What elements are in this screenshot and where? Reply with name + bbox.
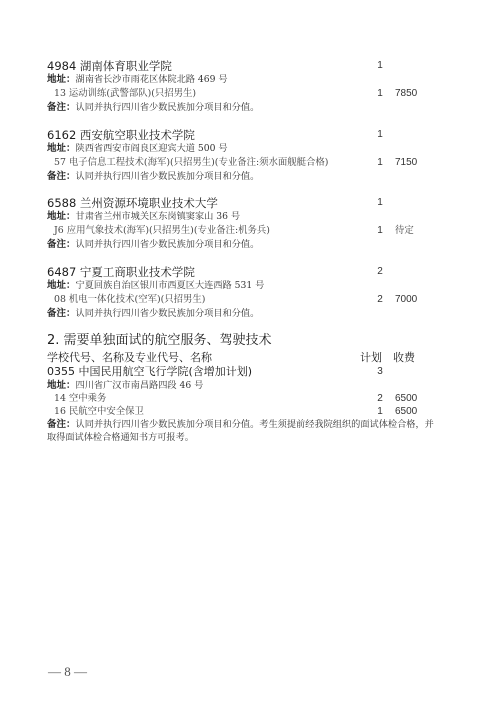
school-plan: 1: [375, 196, 385, 210]
major-name: 14 空中乘务: [54, 392, 106, 406]
school-note: 备注：认同并执行四川省少数民族加分项目和分值。: [47, 170, 259, 184]
major-name: J6 应用气象技术(海军)(只招男生)(专业备注:机务兵): [54, 224, 270, 238]
note-value: 认同并执行四川省少数民族加分项目和分值。: [76, 102, 260, 113]
school-note: 备注：认同并执行四川省少数民族加分项目和分值。: [47, 238, 259, 252]
school-address: 地址：陕西省西安市阎良区迎宾大道 500 号: [47, 142, 228, 156]
address-label: 地址：: [47, 143, 76, 154]
school-address: 地址：四川省广汉市南昌路四段 46 号: [47, 379, 203, 393]
school-title: 6162 西安航空职业技术学院: [47, 128, 195, 142]
note-value: 认同并执行四川省少数民族加分项目和分值。: [76, 239, 260, 250]
major-plan: 2: [375, 392, 385, 406]
note-value: 认同并执行四川省少数民族加分项目和分值。考生须提前经我院组织的面试体检合格，并: [76, 419, 434, 430]
major-fee: 7850: [395, 87, 417, 101]
address-label: 地址：: [47, 280, 76, 291]
school-note: 备注：认同并执行四川省少数民族加分项目和分值。: [47, 101, 259, 115]
note-label: 备注：: [47, 239, 76, 250]
address-value: 宁夏回族自治区银川市西夏区大连西路 531 号: [76, 280, 265, 291]
school-address: 地址：甘肃省兰州市城关区东岗镇窦家山 36 号: [47, 210, 240, 224]
document-page: 4984 湖南体育职业学院 1 地址：湖南省长沙市雨花区体院北路 469 号 1…: [0, 0, 500, 703]
note-value: 认同并执行四川省少数民族加分项目和分值。: [76, 171, 260, 182]
major-name: 08 机电一体化技术(空军)(只招男生): [54, 293, 205, 307]
address-value: 四川省广汉市南昌路四段 46 号: [76, 380, 204, 391]
major-fee: 7000: [395, 293, 417, 307]
address-label: 地址：: [47, 380, 76, 391]
major-plan: 1: [375, 224, 385, 238]
major-fee: 6500: [395, 405, 417, 419]
school-plan: 1: [375, 59, 385, 73]
major-fee: 待定: [395, 224, 414, 238]
column-header-name: 学校代号、名称及专业代号、名称: [47, 351, 212, 365]
address-value: 湖南省长沙市雨花区体院北路 469 号: [76, 74, 228, 85]
school-title: 6588 兰州资源环境职业技术大学: [47, 196, 218, 210]
school-address: 地址：宁夏回族自治区银川市西夏区大连西路 531 号: [47, 279, 264, 293]
note-label: 备注：: [47, 171, 76, 182]
school-address: 地址：湖南省长沙市雨花区体院北路 469 号: [47, 73, 228, 87]
school-note: 备注：认同并执行四川省少数民族加分项目和分值。: [47, 307, 259, 321]
school-note: 备注：认同并执行四川省少数民族加分项目和分值。考生须提前经我院组织的面试体检合格…: [47, 418, 434, 432]
major-fee: 7150: [395, 156, 417, 170]
address-label: 地址：: [47, 74, 76, 85]
major-plan: 1: [375, 405, 385, 419]
address-value: 甘肃省兰州市城关区东岗镇窦家山 36 号: [76, 211, 241, 222]
major-name: 16 民航空中安全保卫: [54, 405, 144, 419]
major-plan: 1: [375, 87, 385, 101]
note-label: 备注：: [47, 419, 76, 430]
school-plan: 3: [375, 365, 385, 379]
major-fee: 6500: [395, 392, 417, 406]
school-title: 0355 中国民用航空飞行学院(含增加计划): [47, 365, 252, 379]
page-number: — 8 —: [48, 665, 87, 679]
school-title: 4984 湖南体育职业学院: [47, 59, 172, 73]
column-header-plan: 计划: [360, 351, 382, 365]
major-name: 13 运动训练(武警部队)(只招男生): [54, 87, 196, 101]
column-header-fee: 收费: [393, 351, 415, 365]
address-value: 陕西省西安市阎良区迎宾大道 500 号: [76, 143, 228, 154]
section-title: 2. 需要单独面试的航空服务、驾驶技术: [47, 334, 272, 348]
school-title: 6487 宁夏工商职业技术学院: [47, 265, 195, 279]
note-value: 认同并执行四川省少数民族加分项目和分值。: [76, 308, 260, 319]
major-plan: 1: [375, 156, 385, 170]
note-label: 备注：: [47, 308, 76, 319]
note-label: 备注：: [47, 102, 76, 113]
address-label: 地址：: [47, 211, 76, 222]
school-plan: 2: [375, 265, 385, 279]
school-plan: 1: [375, 128, 385, 142]
major-plan: 2: [375, 293, 385, 307]
major-name: 57 电子信息工程技术(海军)(只招男生)(专业备注:须水面舰艇合格): [54, 156, 328, 170]
school-note-continued: 取得面试体检合格通知书方可报考。: [47, 431, 194, 445]
